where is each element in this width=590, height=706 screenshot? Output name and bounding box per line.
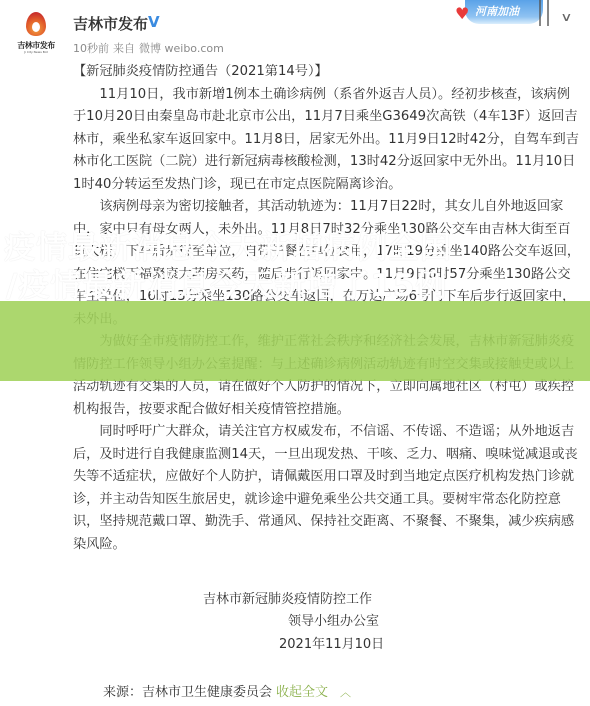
heart-icon: ♥ [455,6,471,22]
article-title: 【新冠肺炎疫情防控通告（2021第14号）】 [73,61,583,84]
signature-line-1: 吉林市新冠肺炎疫情防控工作 [203,589,372,612]
chevron-down-icon[interactable]: ∨ [560,10,572,24]
source-prefix: 来自 [113,42,135,55]
post-header: 吉林市发布 Ji City News Bot 吉林市发布 V 10秒前来自微博 … [0,0,590,60]
overlay-headline-line-2: /疫情最新消息今天新增了15例 [6,260,447,305]
post-meta: 10秒前来自微博 weibo.com [73,40,228,56]
signature-date: 2021年11月10日 [279,634,384,657]
post-time[interactable]: 10秒前 [73,42,109,55]
chevron-up-icon[interactable]: ︿ [340,686,351,699]
author-name[interactable]: 吉林市发布 [73,13,148,34]
article-paragraph-1: 11月10日，我市新增1例本土确诊病例（系省外返吉人员）。经初步核查，该病例于1… [73,84,583,197]
signature-line-2: 领导小组办公室 [288,611,379,634]
avatar[interactable]: 吉林市发布 Ji City News Bot [14,10,58,54]
henan-support-badge[interactable]: ♥ 河南加油 [455,0,555,26]
article-paragraph-4: 同时呼吁广大群众，请关注官方权威发布，不信谣、不传谣、不造谣；从外地返吉后，及时… [73,421,583,556]
flame-logo-highlight [32,22,40,32]
source-label: 来源：吉林市卫生健康委员会 [103,685,272,700]
source-app[interactable]: 微博 weibo.com [139,42,224,55]
verified-v-icon: V [148,13,160,31]
tower-icon [539,0,549,26]
headline-overlay-banner [0,301,590,381]
collapse-full-text-link[interactable]: 收起全文 [276,685,328,700]
badge-text: 河南加油 [475,3,519,19]
article-source: 来源：吉林市卫生健康委员会收起全文︿ [103,681,351,700]
avatar-logo-subtext: Ji City News Bot [14,50,58,54]
